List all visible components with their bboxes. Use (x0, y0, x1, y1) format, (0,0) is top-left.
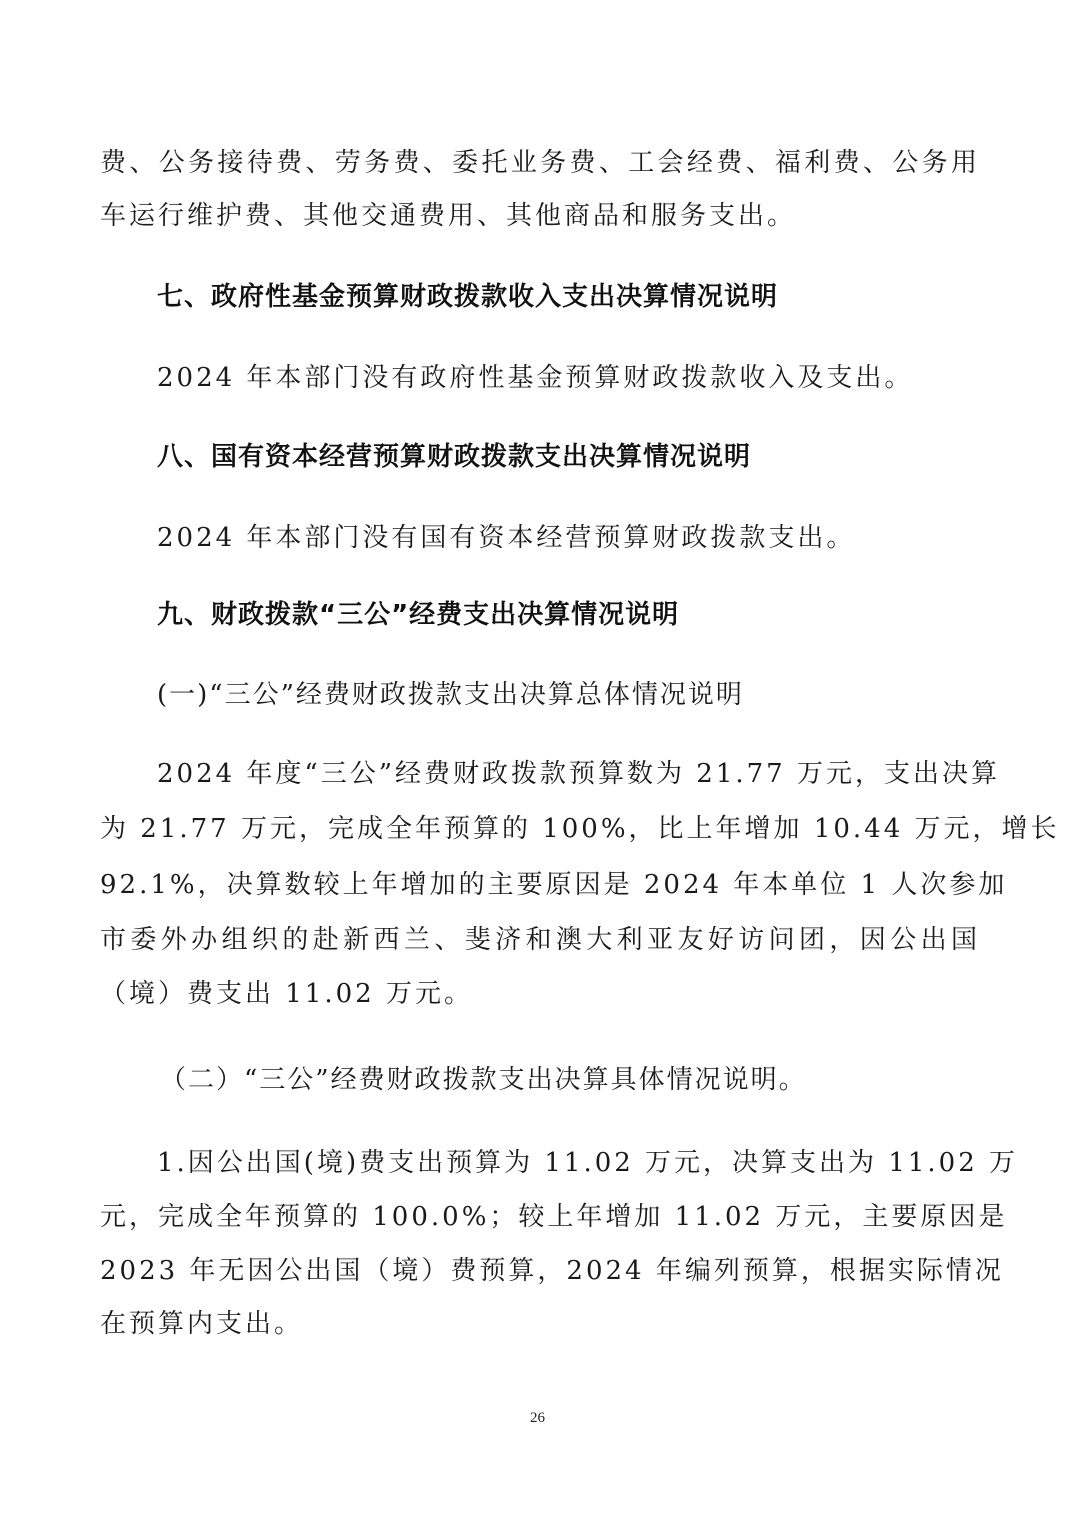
paragraph-line: （境）费支出 11.02 万元。 (100, 977, 980, 1011)
paragraph-line: 车运行维护费、其他交通费用、其他商品和服务支出。 (100, 199, 980, 233)
paragraph-line: 在预算内支出。 (100, 1307, 980, 1341)
paragraph-line: 1.因公出国(境)费支出预算为 11.02 万元，决算支出为 11.02 万 (157, 1146, 980, 1180)
paragraph-line: 92.1%，决算数较上年增加的主要原因是 2024 年本单位 1 人次参加 (100, 868, 980, 902)
paragraph-line: 元，完成全年预算的 100.0%；较上年增加 11.02 万元，主要原因是 (100, 1200, 980, 1234)
paragraph-line: 2024 年度“三公”经费财政拨款预算数为 21.77 万元，支出决算 (157, 757, 980, 791)
paragraph-line: 为 21.77 万元，完成全年预算的 100%，比上年增加 10.44 万元，增… (100, 812, 980, 846)
section-heading-8: 八、国有资本经营预算财政拨款支出决算情况说明 (157, 440, 980, 474)
paragraph-line: 2023 年无因公出国（境）费预算，2024 年编列预算，根据实际情况 (100, 1254, 980, 1288)
paragraph-line: 市委外办组织的赴新西兰、斐济和澳大利亚友好访问团，因公出国 (100, 923, 980, 957)
section-7-body: 2024 年本部门没有政府性基金预算财政拨款收入及支出。 (157, 361, 980, 395)
subsection-heading-1: (一)“三公”经费财政拨款支出决算总体情况说明 (157, 678, 980, 712)
document-page: 费、公务接待费、劳务费、委托业务费、工会经费、福利费、公务用 车运行维护费、其他… (0, 0, 1075, 1520)
section-8-body: 2024 年本部门没有国有资本经营预算财政拨款支出。 (157, 521, 980, 555)
section-heading-9: 九、财政拨款“三公”经费支出决算情况说明 (157, 598, 980, 632)
paragraph-line: 费、公务接待费、劳务费、委托业务费、工会经费、福利费、公务用 (100, 146, 980, 180)
page-number: 26 (0, 1410, 1075, 1427)
section-heading-7: 七、政府性基金预算财政拨款收入支出决算情况说明 (157, 280, 980, 314)
subsection-heading-2: （二）“三公”经费财政拨款支出决算具体情况说明。 (160, 1063, 980, 1097)
